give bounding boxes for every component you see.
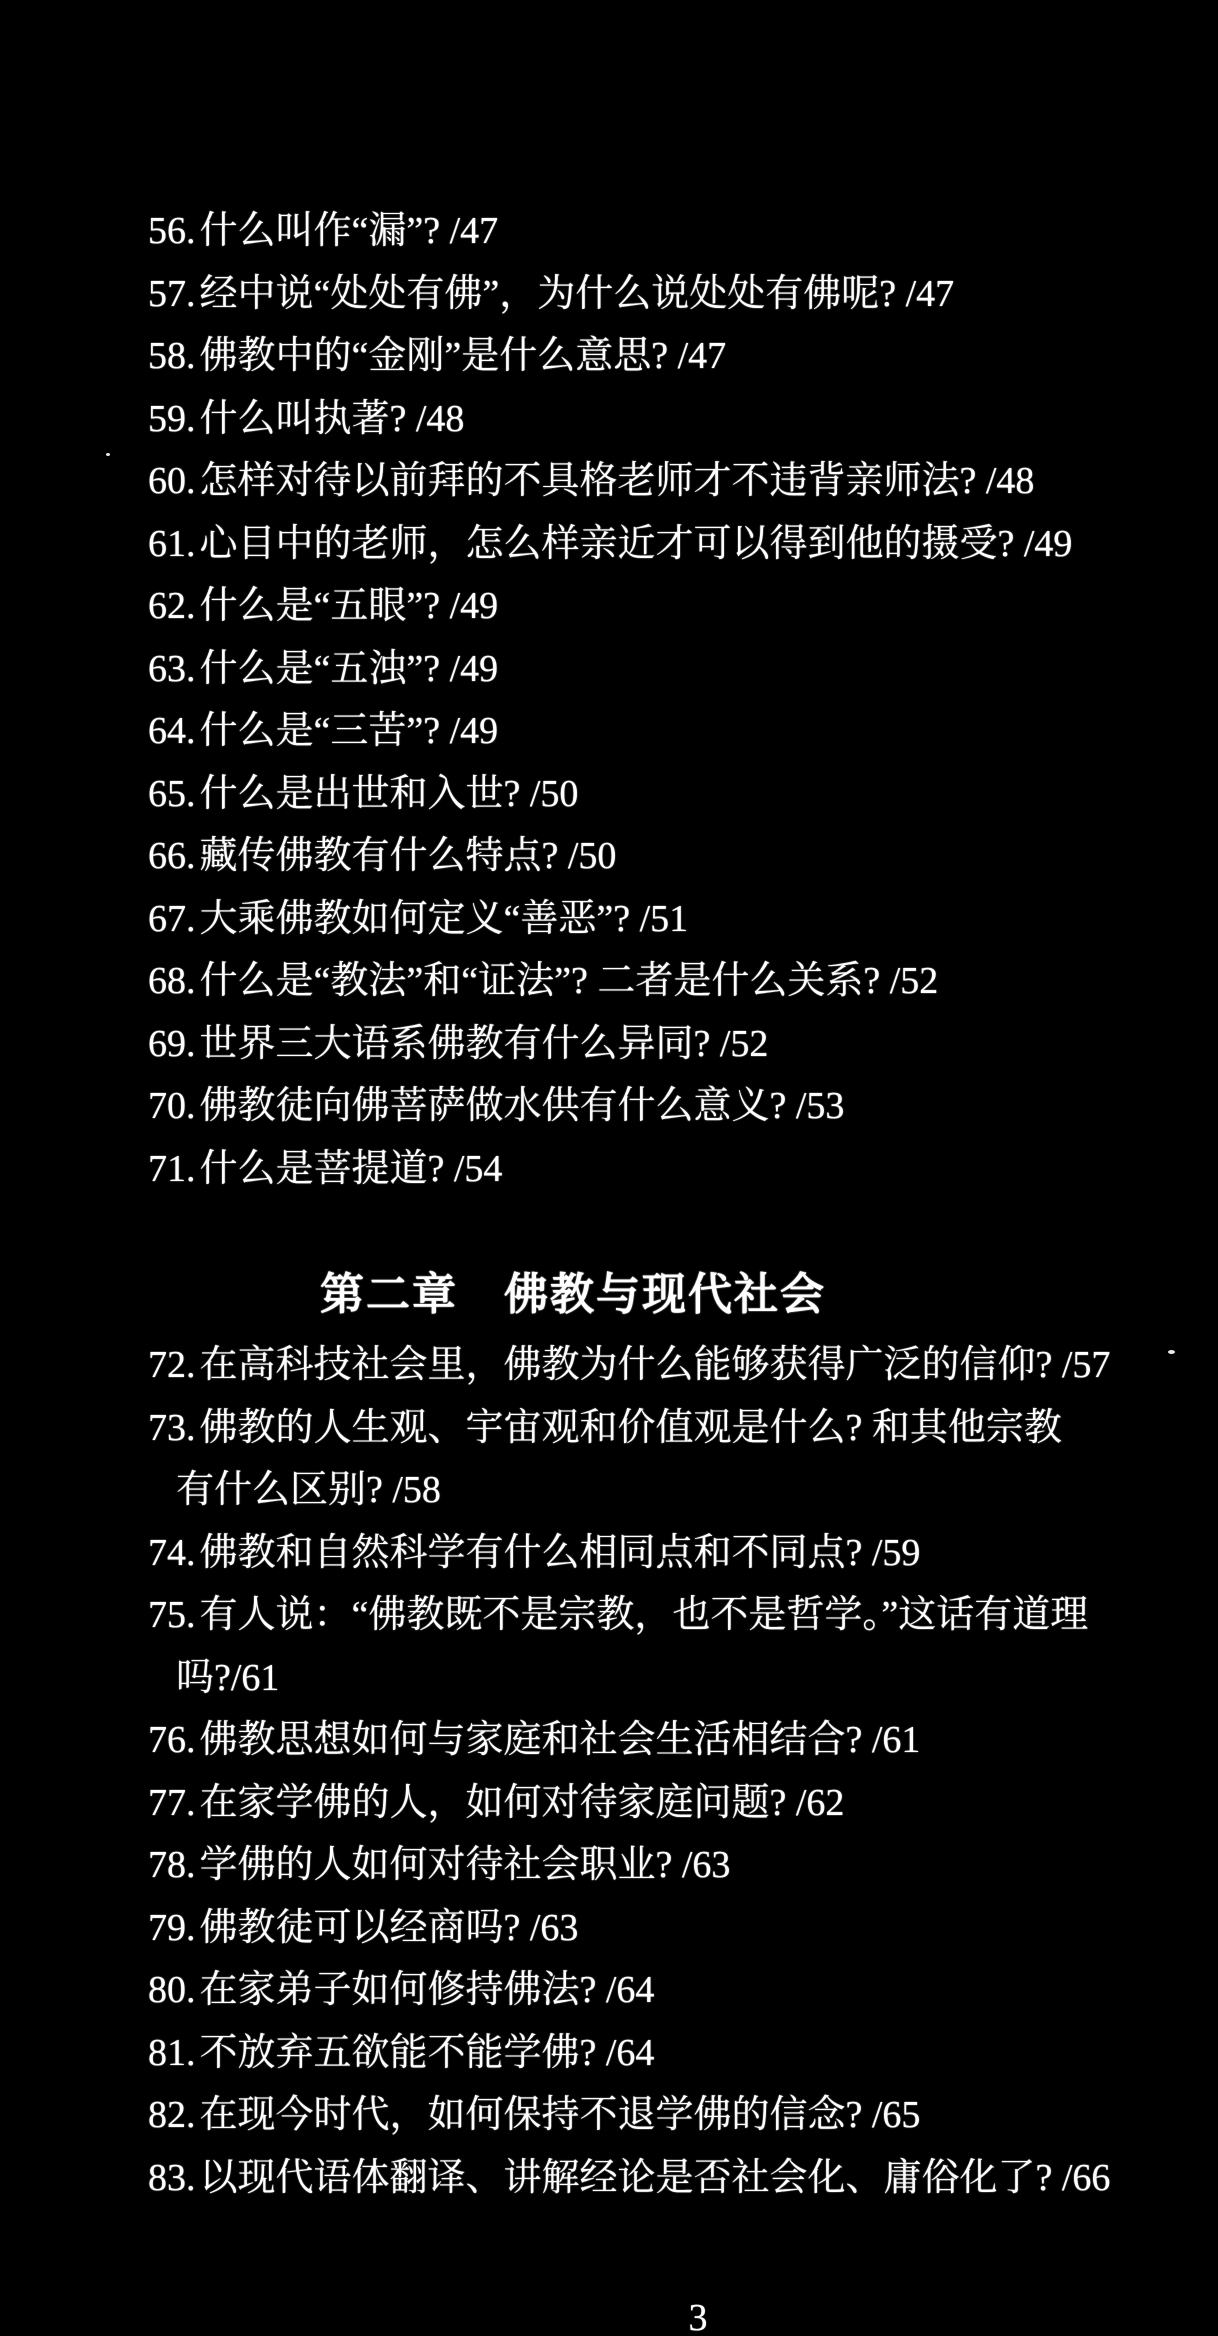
toc-item: 81.不放弃五欲能不能学佛? /64 xyxy=(148,2022,1158,2085)
toc-item-number: 80. xyxy=(148,1969,200,2011)
toc-item: 56.什么叫作“漏”? /47 xyxy=(148,200,1158,263)
toc-list-chapter2: 72.在高科技社会里，佛教为什么能够获得广泛的信仰? /57 73.佛教的人生观… xyxy=(148,1334,1158,2209)
toc-item-text: 佛教徒可以经商吗? /63 xyxy=(200,1907,579,1949)
toc-item-number: 60. xyxy=(148,460,200,502)
toc-item-text: 佛教中的“金刚”是什么意思? /47 xyxy=(200,335,727,377)
toc-item-text: 世界三大语系佛教有什么异同? /52 xyxy=(200,1023,769,1065)
toc-item-text: 佛教思想如何与家庭和社会生活相结合? /61 xyxy=(200,1719,921,1761)
toc-item: 62.什么是“五眼”? /49 xyxy=(148,575,1158,638)
toc-item: 67.大乘佛教如何定义“善恶”? /51 xyxy=(148,888,1158,951)
toc-item-number: 78. xyxy=(148,1844,200,1886)
toc-item-text: 什么叫执著? /48 xyxy=(200,398,465,440)
scan-artifact-dot xyxy=(1168,1350,1175,1354)
toc-item-text: 什么是菩提道? /54 xyxy=(200,1148,503,1190)
toc-item-text: 什么是出世和入世? /50 xyxy=(200,773,579,815)
toc-item-number: 69. xyxy=(148,1023,200,1065)
toc-list-chapter1: 56.什么叫作“漏”? /47 57.经中说“处处有佛”，为什么说处处有佛呢? … xyxy=(148,200,1158,1200)
toc-item-number: 59. xyxy=(148,398,200,440)
toc-item: 77.在家学佛的人，如何对待家庭问题? /62 xyxy=(148,1772,1158,1835)
toc-item-number: 77. xyxy=(148,1782,200,1824)
toc-item: 57.经中说“处处有佛”，为什么说处处有佛呢? /47 xyxy=(148,263,1158,326)
toc-item-text: 什么是“五浊”? /49 xyxy=(200,648,499,690)
toc-item-text: 佛教和自然科学有什么相同点和不同点? /59 xyxy=(200,1532,921,1574)
toc-item-continuation: 吗?/61 xyxy=(148,1647,1158,1710)
toc-item: 64.什么是“三苦”? /49 xyxy=(148,700,1158,763)
toc-item: 76.佛教思想如何与家庭和社会生活相结合? /61 xyxy=(148,1709,1158,1772)
toc-item: 80.在家弟子如何修持佛法? /64 xyxy=(148,1959,1158,2022)
toc-item-number: 64. xyxy=(148,710,200,752)
toc-item-number: 81. xyxy=(148,2032,200,2074)
toc-item: 60.怎样对待以前拜的不具格老师才不违背亲师法? /48 xyxy=(148,450,1158,513)
toc-item: 59.什么叫执著? /48 xyxy=(148,388,1158,451)
toc-item-number: 57. xyxy=(148,273,200,315)
toc-item: 71.什么是菩提道? /54 xyxy=(148,1138,1158,1201)
toc-item: 61.心目中的老师，怎么样亲近才可以得到他的摄受? /49 xyxy=(148,513,1158,576)
page-content: 56.什么叫作“漏”? /47 57.经中说“处处有佛”，为什么说处处有佛呢? … xyxy=(0,0,1218,2336)
toc-item-text: 在家学佛的人，如何对待家庭问题? /62 xyxy=(200,1782,845,1824)
toc-item-text: 什么叫作“漏”? /47 xyxy=(200,210,499,252)
toc-item-number: 65. xyxy=(148,773,200,815)
scan-artifact-dot xyxy=(106,453,110,456)
toc-item: 78.学佛的人如何对待社会职业? /63 xyxy=(148,1834,1158,1897)
scanned-book-page: 56.什么叫作“漏”? /47 57.经中说“处处有佛”，为什么说处处有佛呢? … xyxy=(0,0,1218,2336)
toc-item-text: 佛教徒向佛菩萨做水供有什么意义? /53 xyxy=(200,1085,845,1127)
toc-item-text: 在家弟子如何修持佛法? /64 xyxy=(200,1969,655,2011)
toc-item: 72.在高科技社会里，佛教为什么能够获得广泛的信仰? /57 xyxy=(148,1334,1158,1397)
toc-item: 63.什么是“五浊”? /49 xyxy=(148,638,1158,701)
toc-item-text: 有人说：“佛教既不是宗教，也不是哲学。”这话有道理 xyxy=(200,1594,1089,1636)
toc-item-text: 怎样对待以前拜的不具格老师才不违背亲师法? /48 xyxy=(200,460,1035,502)
toc-item-text: 经中说“处处有佛”，为什么说处处有佛呢? /47 xyxy=(200,273,955,315)
toc-item-text: 在高科技社会里，佛教为什么能够获得广泛的信仰? /57 xyxy=(200,1344,1111,1386)
toc-item-number: 62. xyxy=(148,585,200,627)
toc-item-number: 67. xyxy=(148,898,200,940)
toc-item: 73.佛教的人生观、宇宙观和价值观是什么? 和其他宗教有什么区别? /58 xyxy=(148,1397,1158,1522)
toc-item-number: 79. xyxy=(148,1907,200,1949)
toc-item-number: 71. xyxy=(148,1148,200,1190)
toc-item-number: 72. xyxy=(148,1344,200,1386)
toc-item-text: 什么是“教法”和“证法”? 二者是什么关系? /52 xyxy=(200,960,939,1002)
toc-item-number: 82. xyxy=(148,2094,200,2136)
toc-item-number: 75. xyxy=(148,1594,200,1636)
toc-item-number: 70. xyxy=(148,1085,200,1127)
toc-item-text: 佛教的人生观、宇宙观和价值观是什么? 和其他宗教 xyxy=(200,1407,1062,1449)
toc-item: 68.什么是“教法”和“证法”? 二者是什么关系? /52 xyxy=(148,950,1158,1013)
toc-item-text: 以现代语体翻译、讲解经论是否社会化、庸俗化了? /66 xyxy=(200,2157,1111,2199)
toc-item-text: 在现今时代，如何保持不退学佛的信念? /65 xyxy=(200,2094,921,2136)
toc-item-text: 学佛的人如何对待社会职业? /63 xyxy=(200,1844,731,1886)
toc-item-number: 58. xyxy=(148,335,200,377)
toc-item-text: 藏传佛教有什么特点? /50 xyxy=(200,835,617,877)
toc-item: 79.佛教徒可以经商吗? /63 xyxy=(148,1897,1158,1960)
toc-item: 74.佛教和自然科学有什么相同点和不同点? /59 xyxy=(148,1522,1158,1585)
page-number: 3 xyxy=(148,2293,1158,2336)
toc-item-number: 74. xyxy=(148,1532,200,1574)
toc-item-number: 61. xyxy=(148,523,200,565)
toc-item-text: 大乘佛教如何定义“善恶”? /51 xyxy=(200,898,689,940)
toc-item: 58.佛教中的“金刚”是什么意思? /47 xyxy=(148,325,1158,388)
toc-item-text: 什么是“五眼”? /49 xyxy=(200,585,499,627)
toc-item-number: 83. xyxy=(148,2157,200,2199)
toc-item-number: 73. xyxy=(148,1407,200,1449)
toc-item: 66.藏传佛教有什么特点? /50 xyxy=(148,825,1158,888)
toc-item: 70.佛教徒向佛菩萨做水供有什么意义? /53 xyxy=(148,1075,1158,1138)
toc-item-number: 68. xyxy=(148,960,200,1002)
toc-item-text: 心目中的老师，怎么样亲近才可以得到他的摄受? /49 xyxy=(200,523,1073,565)
toc-item: 75.有人说：“佛教既不是宗教，也不是哲学。”这话有道理吗?/61 xyxy=(148,1584,1158,1709)
toc-item-text: 什么是“三苦”? /49 xyxy=(200,710,499,752)
toc-item-text: 不放弃五欲能不能学佛? /64 xyxy=(200,2032,655,2074)
chapter-heading: 第二章 佛教与现代社会 xyxy=(68,1264,1078,1326)
toc-item-number: 56. xyxy=(148,210,200,252)
toc-item-number: 63. xyxy=(148,648,200,690)
toc-item-continuation: 有什么区别? /58 xyxy=(148,1459,1158,1522)
toc-item-number: 76. xyxy=(148,1719,200,1761)
toc-item: 83.以现代语体翻译、讲解经论是否社会化、庸俗化了? /66 xyxy=(148,2147,1158,2210)
toc-item: 69.世界三大语系佛教有什么异同? /52 xyxy=(148,1013,1158,1076)
toc-item-number: 66. xyxy=(148,835,200,877)
toc-item: 82.在现今时代，如何保持不退学佛的信念? /65 xyxy=(148,2084,1158,2147)
toc-item: 65.什么是出世和入世? /50 xyxy=(148,763,1158,826)
